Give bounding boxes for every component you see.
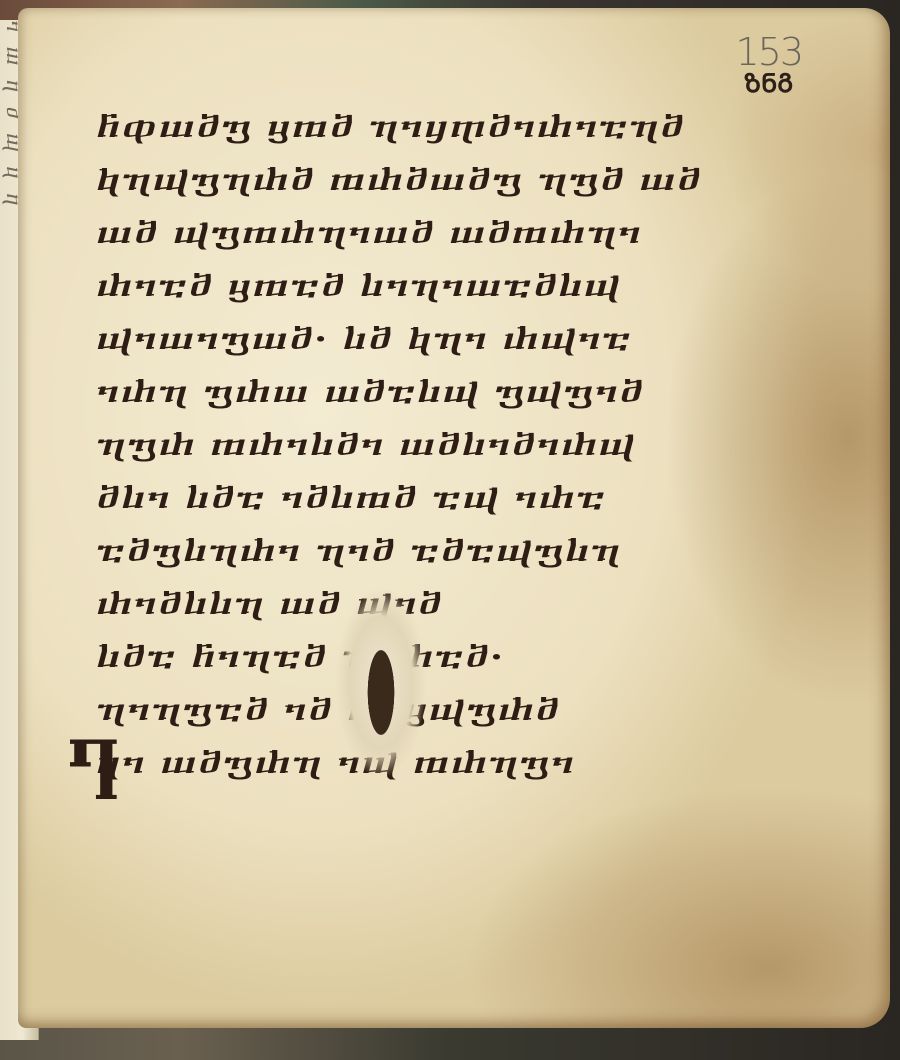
text-line: ⴈⴐⴄ ⴂⴐⴍ ⴍⴋⴀⴑⴓ ⴂⴓⴂⴈⴋ <box>96 371 676 412</box>
parchment-hole <box>336 588 426 778</box>
folio-number: 153 ᲖᲜᲒ <box>735 30 802 100</box>
text-line: ⴋⴑⴈ ⴑⴋⴀ ⴈⴋⴑⴊⴋ ⴀⴓ ⴈⴐⴀ <box>96 477 676 518</box>
text-line: ⴓⴈⴍⴈⴂⴍⴋ· ⴑⴋ ⴉⴄⴈ ⴐⴓⴈⴀ <box>96 318 676 359</box>
text-line: ⴄⴂⴐ ⴊⴐⴈⴑⴋⴈ ⴍⴋⴑⴈⴋⴈⴐⴓ <box>96 424 676 465</box>
text-line: ⴐⴈⴀⴋ ⴁⴊⴀⴋ ⴑⴈⴄⴈⴍⴀⴋⴑⴓ <box>96 265 676 306</box>
text-line: ⴍⴋ ⴓⴂⴊⴐⴄⴈⴍⴋ ⴍⴋⴊⴐⴄⴈ <box>96 212 676 253</box>
folio-number-ink: ᲖᲜᲒ <box>735 64 802 100</box>
text-line: ⴉⴄⴓⴂⴄⴐⴋ ⴊⴐⴋⴍⴋⴂ ⴄⴂⴋ ⴍⴋ <box>96 159 676 200</box>
text-line: ⴌⴔⴍⴋⴂ ⴁⴊⴋ ⴄⴈⴘⴅⴋⴈⴐⴈⴀⴄⴋ <box>96 106 676 147</box>
manuscript-page: 153 ᲖᲜᲒ ⴌⴔⴍⴋⴂ ⴁⴊⴋ ⴄⴈⴘⴅⴋⴈⴐⴈⴀⴄⴋ ⴉⴄⴓⴂⴄⴐⴋ ⴊⴐ… <box>18 8 890 1028</box>
decorated-initial: Ⴄ <box>66 733 121 816</box>
book-binding-bottom <box>0 1026 900 1060</box>
text-line: ⴀⴋⴂⴑⴄⴐⴈ ⴄⴈⴋ ⴀⴋⴀⴓⴂⴑⴄ <box>96 530 676 571</box>
